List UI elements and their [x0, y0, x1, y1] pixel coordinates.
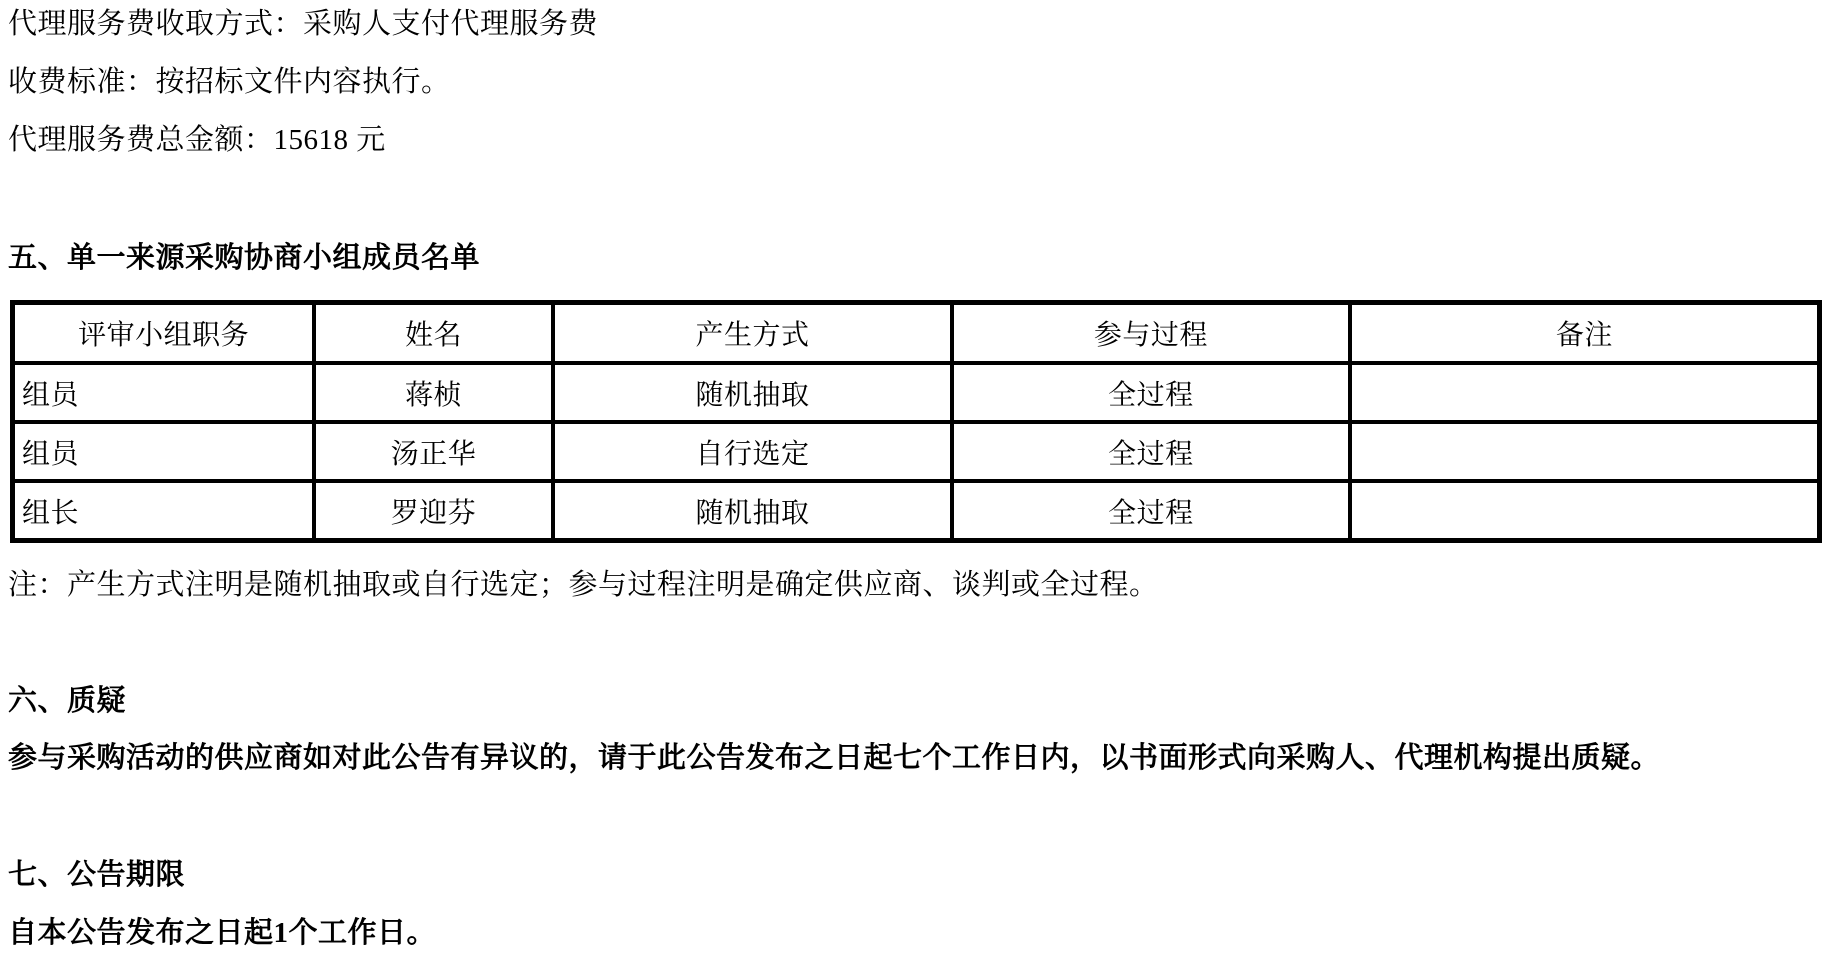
cell-role: 组员	[13, 363, 315, 422]
members-table: 评审小组职务 姓名 产生方式 参与过程 备注 组员 蒋桢 随机抽取 全过程 组员…	[10, 300, 1822, 543]
table-header-row: 评审小组职务 姓名 产生方式 参与过程 备注	[13, 303, 1820, 364]
cell-name: 蒋桢	[314, 363, 553, 422]
section-7-body: 自本公告发布之日起1个工作日。	[8, 915, 436, 951]
section-6-heading: 六、质疑	[8, 683, 126, 719]
cell-process: 全过程	[952, 481, 1350, 541]
header-cell-method: 产生方式	[553, 303, 952, 364]
section-7-heading: 七、公告期限	[8, 857, 185, 893]
header-cell-name: 姓名	[314, 303, 553, 364]
header-cell-remark: 备注	[1350, 303, 1820, 364]
cell-name: 汤正华	[314, 422, 553, 481]
cell-remark	[1350, 422, 1820, 481]
fee-standard-line: 收费标准：按招标文件内容执行。	[8, 64, 451, 100]
cell-method: 随机抽取	[553, 363, 952, 422]
section-5-heading: 五、单一来源采购协商小组成员名单	[8, 240, 480, 276]
table-row: 组员 汤正华 自行选定 全过程	[13, 422, 1820, 481]
section-6-body: 参与采购活动的供应商如对此公告有异议的，请于此公告发布之日起七个工作日内，以书面…	[8, 740, 1660, 776]
header-cell-process: 参与过程	[952, 303, 1350, 364]
table-row: 组长 罗迎芬 随机抽取 全过程	[13, 481, 1820, 541]
cell-remark	[1350, 363, 1820, 422]
cell-method: 自行选定	[553, 422, 952, 481]
fee-total-line: 代理服务费总金额：15618 元	[8, 122, 386, 158]
cell-name: 罗迎芬	[314, 481, 553, 541]
header-cell-role: 评审小组职务	[13, 303, 315, 364]
cell-process: 全过程	[952, 363, 1350, 422]
table-note: 注：产生方式注明是随机抽取或自行选定；参与过程注明是确定供应商、谈判或全过程。	[8, 567, 1159, 603]
cell-role: 组员	[13, 422, 315, 481]
document-page: 代理服务费收取方式：采购人支付代理服务费 收费标准：按招标文件内容执行。 代理服…	[0, 0, 1838, 962]
cell-remark	[1350, 481, 1820, 541]
cell-role: 组长	[13, 481, 315, 541]
cell-method: 随机抽取	[553, 481, 952, 541]
fee-collection-line: 代理服务费收取方式：采购人支付代理服务费	[8, 6, 598, 42]
cell-process: 全过程	[952, 422, 1350, 481]
table-row: 组员 蒋桢 随机抽取 全过程	[13, 363, 1820, 422]
